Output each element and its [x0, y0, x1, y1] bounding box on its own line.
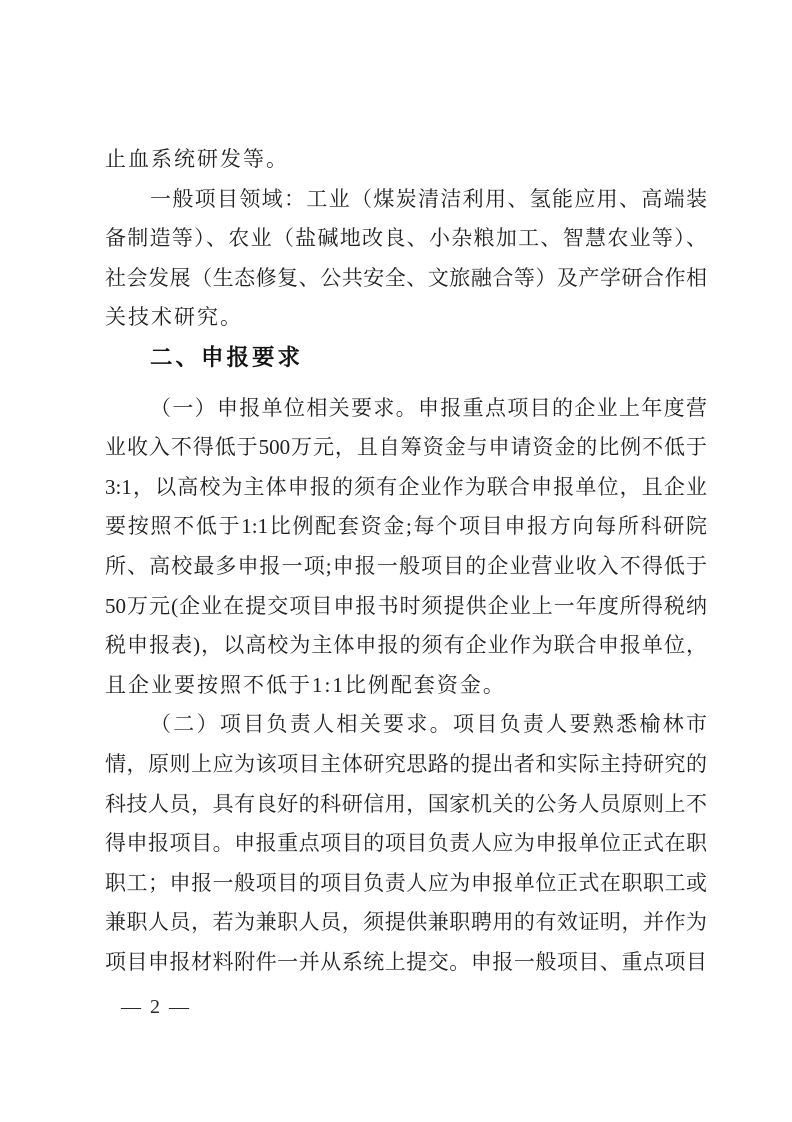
text-line: 所、高校最多申报一项;申报一般项目的企业营业收入不得低于 — [105, 547, 707, 587]
text-line: （一）申报单位相关要求。申报重点项目的企业上年度营 — [105, 389, 707, 429]
text-line: 一般项目领域：工业（煤炭清洁利用、氢能应用、高端装 — [105, 180, 707, 220]
text-line: 科技人员，具有良好的科研信用，国家机关的公务人员原则上不 — [105, 785, 707, 825]
text-line: 税申报表)，以高校为主体申报的须有企业作为联合申报单位， — [105, 626, 707, 666]
body-text: 止血系统研发等。 一般项目领域：工业（煤炭清洁利用、氢能应用、高端装 备制造等）… — [105, 140, 707, 982]
text-line: 3:1，以高校为主体申报的须有企业作为联合申报单位，且企业 — [105, 468, 707, 508]
text-line: 兼职人员，若为兼职人员，须提供兼职聘用的有效证明，并作为 — [105, 903, 707, 943]
page-number: — 2 — — [121, 996, 191, 1019]
document-page: 止血系统研发等。 一般项目领域：工业（煤炭清洁利用、氢能应用、高端装 备制造等）… — [0, 0, 792, 1122]
text-line: 情，原则上应为该项目主体研究思路的提出者和实际主持研究的 — [105, 745, 707, 785]
text-line: 得申报项目。申报重点项目的项目负责人应为申报单位正式在职 — [105, 824, 707, 864]
text-line: 止血系统研发等。 — [105, 140, 707, 180]
text-line: 且企业要按照不低于1:1比例配套资金。 — [105, 666, 707, 706]
text-line: 职工；申报一般项目的项目负责人应为申报单位正式在职职工或 — [105, 864, 707, 904]
text-line: 业收入不得低于500万元，且自筹资金与申请资金的比例不低于 — [105, 428, 707, 468]
text-line: 社会发展（生态修复、公共安全、文旅融合等）及产学研合作相 — [105, 259, 707, 299]
text-line: 项目申报材料附件一并从系统上提交。申报一般项目、重点项目 — [105, 943, 707, 983]
section-heading: 二、申报要求 — [105, 338, 707, 378]
text-line: 50万元(企业在提交项目申报书时须提供企业上一年度所得税纳 — [105, 587, 707, 627]
text-line: 要按照不低于1:1比例配套资金;每个项目申报方向每所科研院 — [105, 507, 707, 547]
text-line: 关技术研究。 — [105, 298, 707, 338]
text-line: （二）项目负责人相关要求。项目负责人要熟悉榆林市 — [105, 705, 707, 745]
text-line: 备制造等）、农业（盐碱地改良、小杂粮加工、智慧农业等）、 — [105, 219, 707, 259]
